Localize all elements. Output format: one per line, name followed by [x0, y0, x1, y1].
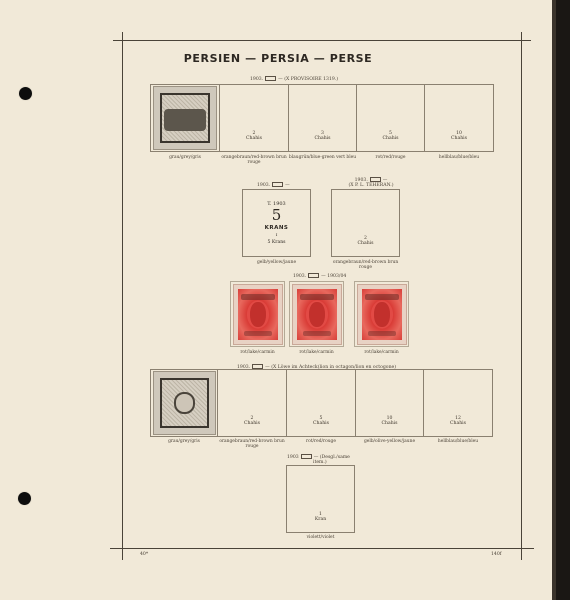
frame-right-line: [521, 32, 522, 560]
stamp-red-carmine-1[interactable]: [233, 284, 283, 345]
stamp-space[interactable]: [150, 369, 218, 437]
color-label: blaugrün/blue-green vert bleu: [288, 155, 357, 160]
row2-left-caption: 1903.—: [257, 182, 290, 188]
stamp-space-5-krans[interactable]: T. 1903 5 KRANS I 5 Krans: [242, 189, 311, 257]
page-edge: [552, 0, 556, 600]
color-label: gelb/yellow/jaune: [242, 260, 311, 265]
stamp-space[interactable]: 3Chahis: [288, 84, 357, 152]
album-page: PERSIEN — PERSIA — PERSE 1903.— (X PROVI…: [0, 0, 556, 600]
color-label: orangebraun/red-brown brun rouge: [217, 439, 287, 449]
stamp-grey-lion-octagon[interactable]: [153, 371, 216, 435]
page-title: PERSIEN — PERSIA — PERSE: [0, 52, 556, 65]
row1-caption: 1903.— (X PROVISOIRE 1319.): [250, 76, 338, 82]
color-label: grau/grey/gris: [150, 155, 220, 160]
frame-top-line: [113, 40, 531, 41]
binder-hole-top: [19, 87, 32, 100]
footer-left-code: 40*: [140, 552, 148, 557]
stamp-space[interactable]: 12Chahis: [423, 369, 493, 437]
watermark-icon: [265, 76, 276, 81]
footer-right-code: 140f: [491, 552, 501, 557]
color-label: grau/grey/gris: [150, 439, 218, 444]
stamp-space[interactable]: 1Kran: [286, 465, 355, 533]
color-label: rot/lake/carmin: [289, 350, 344, 355]
stamp-space[interactable]: [289, 281, 344, 347]
color-label: hellblau/blue/bleu: [424, 155, 494, 160]
color-label: rot/lake/carmin: [354, 350, 409, 355]
stamp-space[interactable]: 2Chahis: [331, 189, 400, 257]
watermark-icon: [308, 273, 319, 278]
stamp-space[interactable]: 10Chahis: [424, 84, 494, 152]
watermark-icon: [301, 454, 312, 459]
color-label: orangebraun/red-brown brun rouge: [331, 260, 400, 270]
stamp-red-carmine-3[interactable]: [357, 284, 407, 345]
watermark-icon: [272, 182, 283, 187]
stamp-space[interactable]: 10Chahis: [355, 369, 424, 437]
row3-caption: 1903.— 1903/04: [293, 273, 346, 279]
stamp-space[interactable]: 5Chahis: [286, 369, 356, 437]
stamp-grey-1903-provisoire[interactable]: [153, 86, 217, 150]
stamp-space[interactable]: [150, 84, 220, 152]
stamp-space[interactable]: 2Chahis: [219, 84, 289, 152]
stamp-space[interactable]: [230, 281, 285, 347]
frame-left-line: [122, 32, 123, 560]
watermark-icon: [370, 177, 381, 182]
stamp-space[interactable]: [354, 281, 409, 347]
color-label: rot/red/rouge: [286, 439, 356, 444]
frame-bottom-line: [110, 548, 534, 549]
overprint-value: 5: [243, 208, 310, 223]
binder-hole-bottom: [18, 492, 31, 505]
color-label: orangebraun/red-brown brun rouge: [219, 155, 289, 165]
stamp-space[interactable]: 2Chahis: [217, 369, 287, 437]
color-label: rot/lake/carmin: [230, 350, 285, 355]
color-label: violett/violet: [286, 535, 355, 540]
color-label: gelb/olive-yellow/jaune: [355, 439, 424, 444]
color-label: hellblau/blue/bleu: [423, 439, 493, 444]
stamp-red-carmine-2[interactable]: [292, 284, 342, 345]
row5-caption: 1903— (Desgl./same item.): [287, 454, 350, 465]
color-label: rot/red/rouge: [356, 155, 425, 160]
row2-right-caption: 1903.— (X P. L. TEHERAN.): [336, 177, 406, 188]
stamp-space[interactable]: 5Chahis: [356, 84, 425, 152]
